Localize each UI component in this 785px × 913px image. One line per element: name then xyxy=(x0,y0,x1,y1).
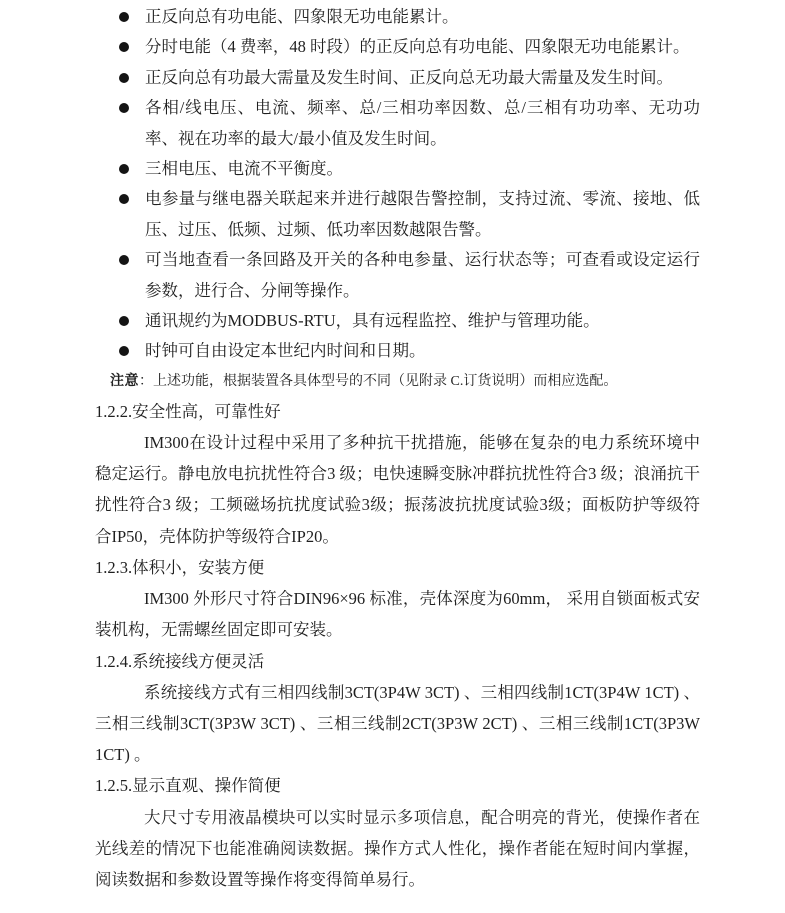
note-line: 注意：上述功能，根据装置各具体型号的不同（见附录 C.订货说明）而相应选配。 xyxy=(110,367,700,396)
bullet-item: 时钟可自由设定本世纪内时间和日期。 xyxy=(95,336,700,366)
note-text: ：上述功能，根据装置各具体型号的不同（见附录 C.订货说明）而相应选配。 xyxy=(139,374,617,389)
bullet-text: 时钟可自由设定本世纪内时间和日期。 xyxy=(145,341,426,360)
note-label: 注意 xyxy=(110,374,139,389)
bullet-text: 电参量与继电器关联起来并进行越限告警控制，支持过流、零流、接地、低压、过压、低频… xyxy=(145,189,700,238)
section-compact-install: 1.2.3.体积小，安装方便 IM300 外形尺寸符合DIN96×96 标准，壳… xyxy=(95,552,700,646)
bullet-dot-icon xyxy=(119,316,129,326)
bullet-text: 分时电能（4 费率，48 时段）的正反向总有功电能、四象限无功电能累计。 xyxy=(145,37,690,56)
section-wiring-flexible: 1.2.4.系统接线方便灵活 系统接线方式有三相四线制3CT(3P4W 3CT)… xyxy=(95,646,700,771)
bullet-text: 通讯规约为MODBUS-RTU，具有远程监控、维护与管理功能。 xyxy=(145,311,600,330)
bullet-dot-icon xyxy=(119,164,129,174)
section-heading-1-2-5: 1.2.5.显示直观、操作简便 xyxy=(95,770,700,801)
bullet-dot-icon xyxy=(119,12,129,22)
section-heading-1-2-4: 1.2.4.系统接线方便灵活 xyxy=(95,646,700,677)
bullet-dot-icon xyxy=(119,42,129,52)
section-paragraph: IM300 外形尺寸符合DIN96×96 标准，壳体深度为60mm， 采用自锁面… xyxy=(95,583,700,645)
bullet-item: 分时电能（4 费率，48 时段）的正反向总有功电能、四象限无功电能累计。 xyxy=(95,32,700,62)
bullet-dot-icon xyxy=(119,73,129,83)
section-display-operation: 1.2.5.显示直观、操作简便 大尺寸专用液晶模块可以实时显示多项信息，配合明亮… xyxy=(95,770,700,895)
bullet-item: 电参量与继电器关联起来并进行越限告警控制，支持过流、零流、接地、低压、过压、低频… xyxy=(95,184,700,245)
document-page: 正反向总有功电能、四象限无功电能累计。 分时电能（4 费率，48 时段）的正反向… xyxy=(0,0,785,913)
section-heading-1-2-3: 1.2.3.体积小，安装方便 xyxy=(95,552,700,583)
bullet-text: 正反向总有功最大需量及发生时间、正反向总无功最大需量及发生时间。 xyxy=(145,68,673,87)
section-paragraph: 系统接线方式有三相四线制3CT(3P4W 3CT) 、三相四线制1CT(3P4W… xyxy=(95,677,700,771)
section-paragraph: IM300在设计过程中采用了多种抗干扰措施，能够在复杂的电力系统环境中稳定运行。… xyxy=(95,427,700,552)
bullet-dot-icon xyxy=(119,346,129,356)
bullet-dot-icon xyxy=(119,255,129,265)
feature-bullet-list: 正反向总有功电能、四象限无功电能累计。 分时电能（4 费率，48 时段）的正反向… xyxy=(95,2,700,367)
bullet-item: 正反向总有功最大需量及发生时间、正反向总无功最大需量及发生时间。 xyxy=(95,63,700,93)
bullet-dot-icon xyxy=(119,103,129,113)
section-safety-reliability: 1.2.2.安全性高，可靠性好 IM300在设计过程中采用了多种抗干扰措施，能够… xyxy=(95,396,700,552)
bullet-text: 三相电压、电流不平衡度。 xyxy=(145,159,343,178)
bullet-item: 三相电压、电流不平衡度。 xyxy=(95,154,700,184)
bullet-item: 各相/线电压、电流、频率、总/三相功率因数、总/三相有功功率、无功功率、视在功率… xyxy=(95,93,700,154)
bullet-item: 正反向总有功电能、四象限无功电能累计。 xyxy=(95,2,700,32)
section-paragraph: 大尺寸专用液晶模块可以实时显示多项信息，配合明亮的背光，使操作者在光线差的情况下… xyxy=(95,802,700,896)
bullet-text: 各相/线电压、电流、频率、总/三相功率因数、总/三相有功功率、无功功率、视在功率… xyxy=(145,98,700,147)
bullet-item: 可当地查看一条回路及开关的各种电参量、运行状态等；可查看或设定运行参数，进行合、… xyxy=(95,245,700,306)
bullet-text: 正反向总有功电能、四象限无功电能累计。 xyxy=(145,7,459,26)
bullet-item: 通讯规约为MODBUS-RTU，具有远程监控、维护与管理功能。 xyxy=(95,306,700,336)
section-heading-1-2-2: 1.2.2.安全性高，可靠性好 xyxy=(95,396,700,427)
bullet-text: 可当地查看一条回路及开关的各种电参量、运行状态等；可查看或设定运行参数，进行合、… xyxy=(145,250,700,299)
bullet-dot-icon xyxy=(119,194,129,204)
